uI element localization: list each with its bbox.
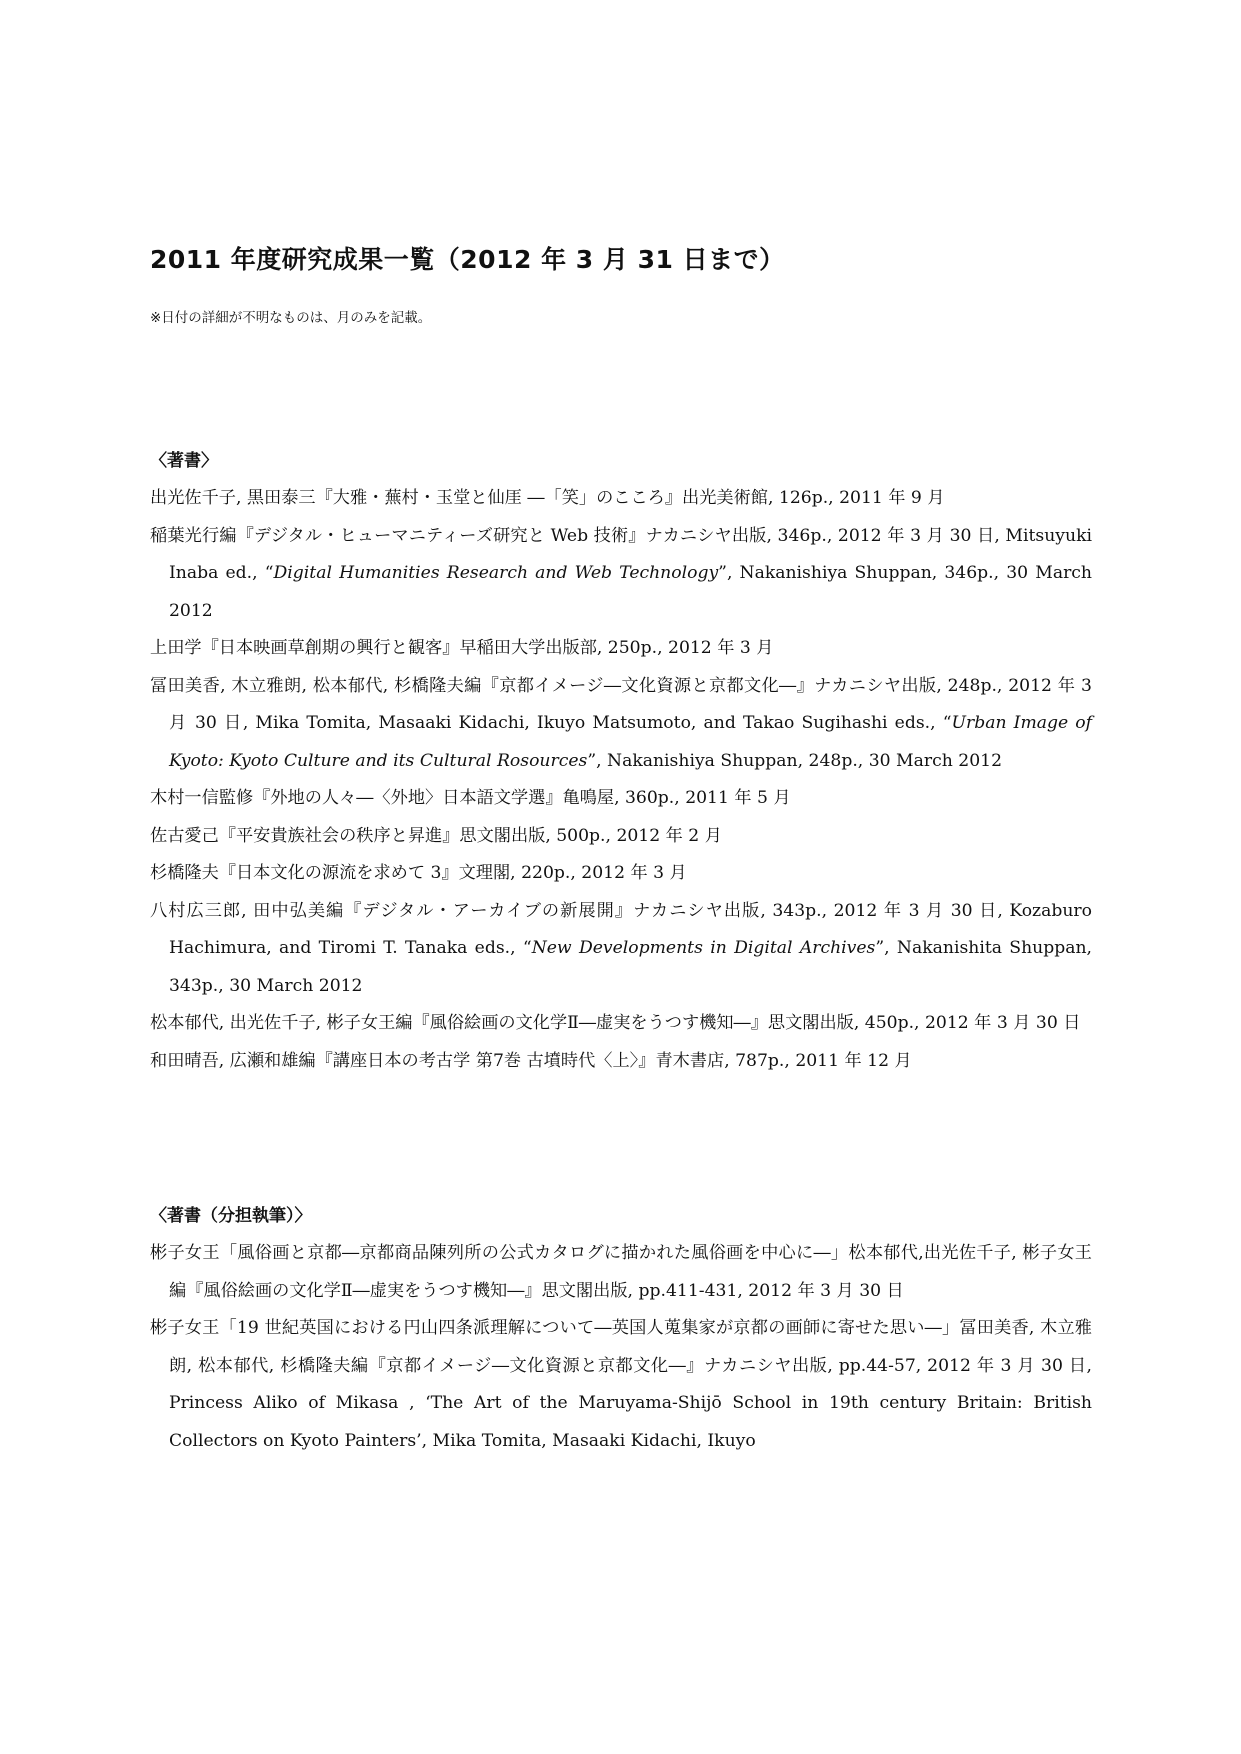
date-note: ※日付の詳細が不明なものは、月のみを記載。: [150, 306, 431, 326]
section-books: 〈著書〉 出光佐千子, 黒田泰三『大雅・蕪村・玉堂と仙厓 ―「笑」のこころ』出光…: [150, 446, 1092, 1080]
list-item: 稲葉光行編『デジタル・ヒューマニティーズ研究と Web 技術』ナカニシヤ出版, …: [150, 518, 1092, 631]
list-item: 木村一信監修『外地の人々―〈外地〉日本語文学選』亀鳴屋, 360p., 2011…: [150, 780, 1092, 818]
list-item: 和田晴吾, 広瀬和雄編『講座日本の考古学 第7巻 古墳時代〈上〉』青木書店, 7…: [150, 1043, 1092, 1081]
list-item: 冨田美香, 木立雅朗, 松本郁代, 杉橋隆夫編『京都イメージ―文化資源と京都文化…: [150, 668, 1092, 781]
list-item: 彬子女王「風俗画と京都―京都商品陳列所の公式カタログに描かれた風俗画を中心に―」…: [150, 1235, 1092, 1310]
list-item: 彬子女王「19 世紀英国における円山四条派理解について―英国人蒐集家が京都の画師…: [150, 1310, 1092, 1460]
list-item: 松本郁代, 出光佐千子, 彬子女王編『風俗絵画の文化学Ⅱ―虚実をうつす機知―』思…: [150, 1005, 1092, 1043]
page-title: 2011 年度研究成果一覧（2012 年 3 月 31 日まで）: [150, 240, 785, 276]
list-item: 八村広三郎, 田中弘美編『デジタル・アーカイブの新展開』ナカニシヤ出版, 343…: [150, 893, 1092, 1006]
english-title: Digital Humanities Research and Web Tech…: [274, 563, 719, 583]
list-item: 佐古愛己『平安貴族社会の秩序と昇進』思文閣出版, 500p., 2012 年 2…: [150, 818, 1092, 856]
list-item: 出光佐千子, 黒田泰三『大雅・蕪村・玉堂と仙厓 ―「笑」のこころ』出光美術館, …: [150, 480, 1092, 518]
english-title: New Developments in Digital Archives: [532, 938, 876, 958]
section-heading: 〈著書〉: [150, 446, 1092, 476]
list-item: 杉橋隆夫『日本文化の源流を求めて 3』文理閣, 220p., 2012 年 3 …: [150, 855, 1092, 893]
section-book-chapters: 〈著書（分担執筆）〉 彬子女王「風俗画と京都―京都商品陳列所の公式カタログに描か…: [150, 1201, 1092, 1460]
list-item: 上田学『日本映画草創期の興行と観客』早稲田大学出版部, 250p., 2012 …: [150, 630, 1092, 668]
section-heading: 〈著書（分担執筆）〉: [150, 1201, 1092, 1231]
